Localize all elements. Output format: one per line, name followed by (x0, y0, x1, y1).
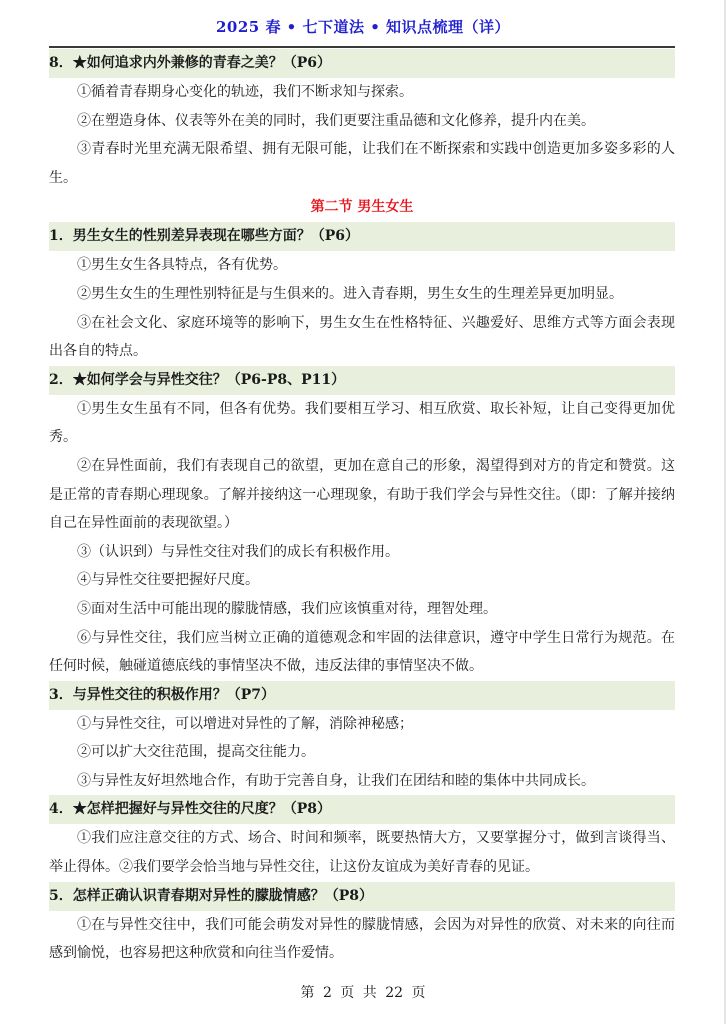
paragraph: ③青春时光里充满无限希望、拥有无限可能，让我们在不断探索和实践中创造更加多姿多彩… (49, 135, 675, 192)
question-heading-5: 5．怎样正确认识青春期对异性的朦胧情感？（P8） (49, 882, 675, 911)
question-heading-1: 1．男生女生的性别差异表现在哪些方面？（P6） (49, 222, 675, 251)
paragraph: ⑤面对生活中可能出现的朦胧情感，我们应该慎重对待，理智处理。 (49, 595, 675, 624)
paragraph: ①在与异性交往中，我们可能会萌发对异性的朦胧情感，会因为对异性的欣赏、对未来的向… (49, 911, 675, 968)
paragraph: ②在塑造身体、仪表等外在美的同时，我们更要注重品德和文化修养，提升内在美。 (49, 107, 675, 136)
header-divider (49, 46, 675, 48)
paragraph: ②男生女生的生理性别特征是与生俱来的。进入青春期，男生女生的生理差异更加明显。 (49, 280, 675, 309)
paragraph: ②在异性面前，我们有表现自己的欲望，更加在意自己的形象，渴望得到对方的肯定和赞赏… (49, 452, 675, 538)
header-title: 2025 春 • 七下道法 • 知识点梳理（详） (0, 16, 726, 37)
paragraph: ③在社会文化、家庭环境等的影响下，男生女生在性格特征、兴趣爱好、思维方式等方面会… (49, 309, 675, 366)
paragraph: ①男生女生各具特点，各有优势。 (49, 251, 675, 280)
question-heading-3: 3．与异性交往的积极作用？（P7） (49, 681, 675, 710)
section-title: 第二节 男生女生 (49, 192, 675, 222)
document-page: 2025 春 • 七下道法 • 知识点梳理（详） 8．★如何追求内外兼修的青春之… (0, 0, 726, 1024)
question-heading-8: 8．★如何追求内外兼修的青春之美？（P6） (49, 49, 675, 78)
paragraph: ④与异性交往要把握好尺度。 (49, 566, 675, 595)
paragraph: ③与异性友好坦然地合作，有助于完善自身，让我们在团结和睦的集体中共同成长。 (49, 767, 675, 796)
question-heading-4: 4．★怎样把握好与异性交往的尺度？（P8） (49, 795, 675, 824)
question-heading-2: 2．★如何学会与异性交往？（P6-P8、P11） (49, 366, 675, 395)
paragraph: ①循着青春期身心变化的轨迹，我们不断求知与探索。 (49, 78, 675, 107)
paragraph: ③（认识到）与异性交往对我们的成长有积极作用。 (49, 538, 675, 567)
paragraph: ①我们应注意交往的方式、场合、时间和频率，既要热情大方，又要掌握分寸，做到言谈得… (49, 824, 675, 881)
page-number: 第 2 页 共 22 页 (0, 982, 726, 1002)
document-body: 8．★如何追求内外兼修的青春之美？（P6） ①循着青春期身心变化的轨迹，我们不断… (49, 49, 675, 968)
paragraph: ①与异性交往，可以增进对异性的了解，消除神秘感； (49, 710, 675, 739)
paragraph: ②可以扩大交往范围，提高交往能力。 (49, 738, 675, 767)
paragraph: ⑥与异性交往，我们应当树立正确的道德观念和牢固的法律意识，遵守中学生日常行为规范… (49, 624, 675, 681)
paragraph: ①男生女生虽有不同，但各有优势。我们要相互学习、相互欣赏、取长补短，让自己变得更… (49, 395, 675, 452)
